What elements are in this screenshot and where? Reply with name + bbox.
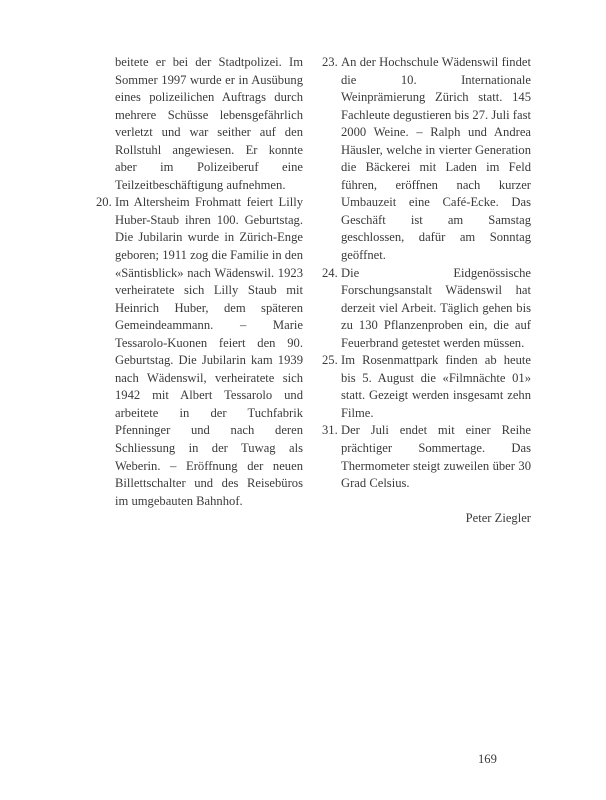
entry-day: 25. [322,352,338,370]
entry-day: 24. [322,265,338,283]
chronicle-entry: 31. Der Juli endet mit einer Reihe präch… [322,422,531,492]
entry-day: 20. [96,194,112,212]
author-signature: Peter Ziegler [322,510,531,528]
chronicle-entry: 24. Die Eidgenössische Forschungsanstalt… [322,265,531,353]
entry-text: Die Eidgenössische Forschungsanstalt Wäd… [341,265,531,353]
entry-day: 23. [322,54,338,72]
continued-paragraph: beitete er bei der Stadtpolizei. Im Somm… [96,54,303,194]
chronicle-entry: 25. Im Rosenmattpark finden ab heute bis… [322,352,531,422]
entry-day: 31. [322,422,338,440]
entry-text: An der Hochschule Wädenswil findet die 1… [341,54,531,265]
chronicle-entry: 23. An der Hochschule Wädenswil findet d… [322,54,531,265]
page-number: 169 [478,752,497,767]
entry-text: Der Juli endet mit einer Reihe prächtige… [341,422,531,492]
chronicle-entry: 20. Im Altersheim Frohmatt feiert Lilly … [96,194,303,510]
right-column: 23. An der Hochschule Wädenswil findet d… [322,54,531,540]
entry-text: Im Rosenmattpark finden ab heute bis 5. … [341,352,531,422]
entry-text: Im Altersheim Frohmatt feiert Lilly Hube… [115,194,303,510]
left-column: beitete er bei der Stadtpolizei. Im Somm… [96,54,303,510]
